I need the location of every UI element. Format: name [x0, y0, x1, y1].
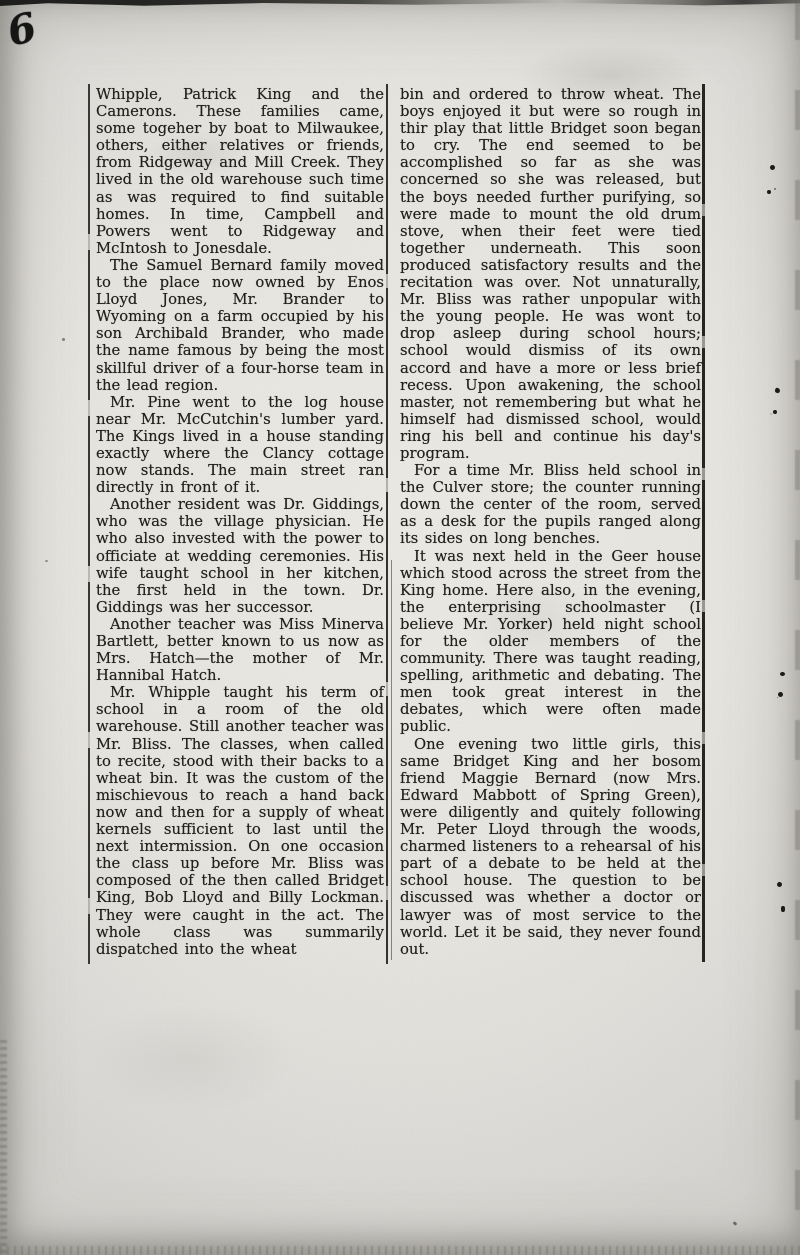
ink-speck [770, 165, 775, 170]
paper-blotch [40, 980, 340, 1140]
article-paragraph: bin and ordered to throw wheat. The boys… [400, 86, 701, 462]
ink-speck [774, 387, 780, 393]
ink-speck [780, 672, 785, 676]
article-paragraph: Another teacher was Miss Minerva Bartlet… [96, 616, 384, 684]
article-paragraph: The Samuel Bernard family moved to the p… [96, 257, 384, 394]
scanned-newspaper-page: 6 Whipple, Patrick King and the Camerons… [0, 0, 800, 1255]
article-paragraph: Mr. Whipple taught his term of school in… [96, 684, 384, 958]
ink-speck [778, 692, 783, 697]
article-paragraph: Another resident was Dr. Giddings, who w… [96, 496, 384, 616]
column-rule-left [88, 84, 90, 964]
handwritten-page-number: 6 [3, 3, 41, 55]
article-paragraph: It was next held in the Geer house which… [400, 548, 701, 736]
article-column-left: Whipple, Patrick King and the Camerons. … [96, 86, 384, 958]
scan-top-edge [0, 0, 800, 6]
column-rule-middle-double [391, 560, 392, 960]
article-paragraph: Whipple, Patrick King and the Camerons. … [96, 86, 384, 257]
ink-speck [62, 338, 65, 341]
ink-speck [781, 906, 785, 912]
scan-right-edge [795, 0, 800, 1255]
article-paragraph: One evening two little girls, this same … [400, 736, 701, 958]
article-column-right: bin and ordered to throw wheat. The boys… [400, 86, 701, 958]
column-rule-right [702, 84, 705, 962]
ink-speck [773, 410, 777, 414]
ink-speck [777, 882, 782, 887]
article-paragraph: For a time Mr. Bliss held school in the … [400, 462, 701, 547]
ink-speck [45, 560, 48, 562]
column-rule-middle [386, 84, 388, 964]
ink-speck [767, 190, 771, 194]
scan-bottom-edge [0, 1246, 800, 1255]
scan-left-edge [0, 1040, 7, 1255]
ink-speck [733, 1221, 738, 1226]
article-paragraph: Mr. Pine went to the log house near Mr. … [96, 394, 384, 497]
